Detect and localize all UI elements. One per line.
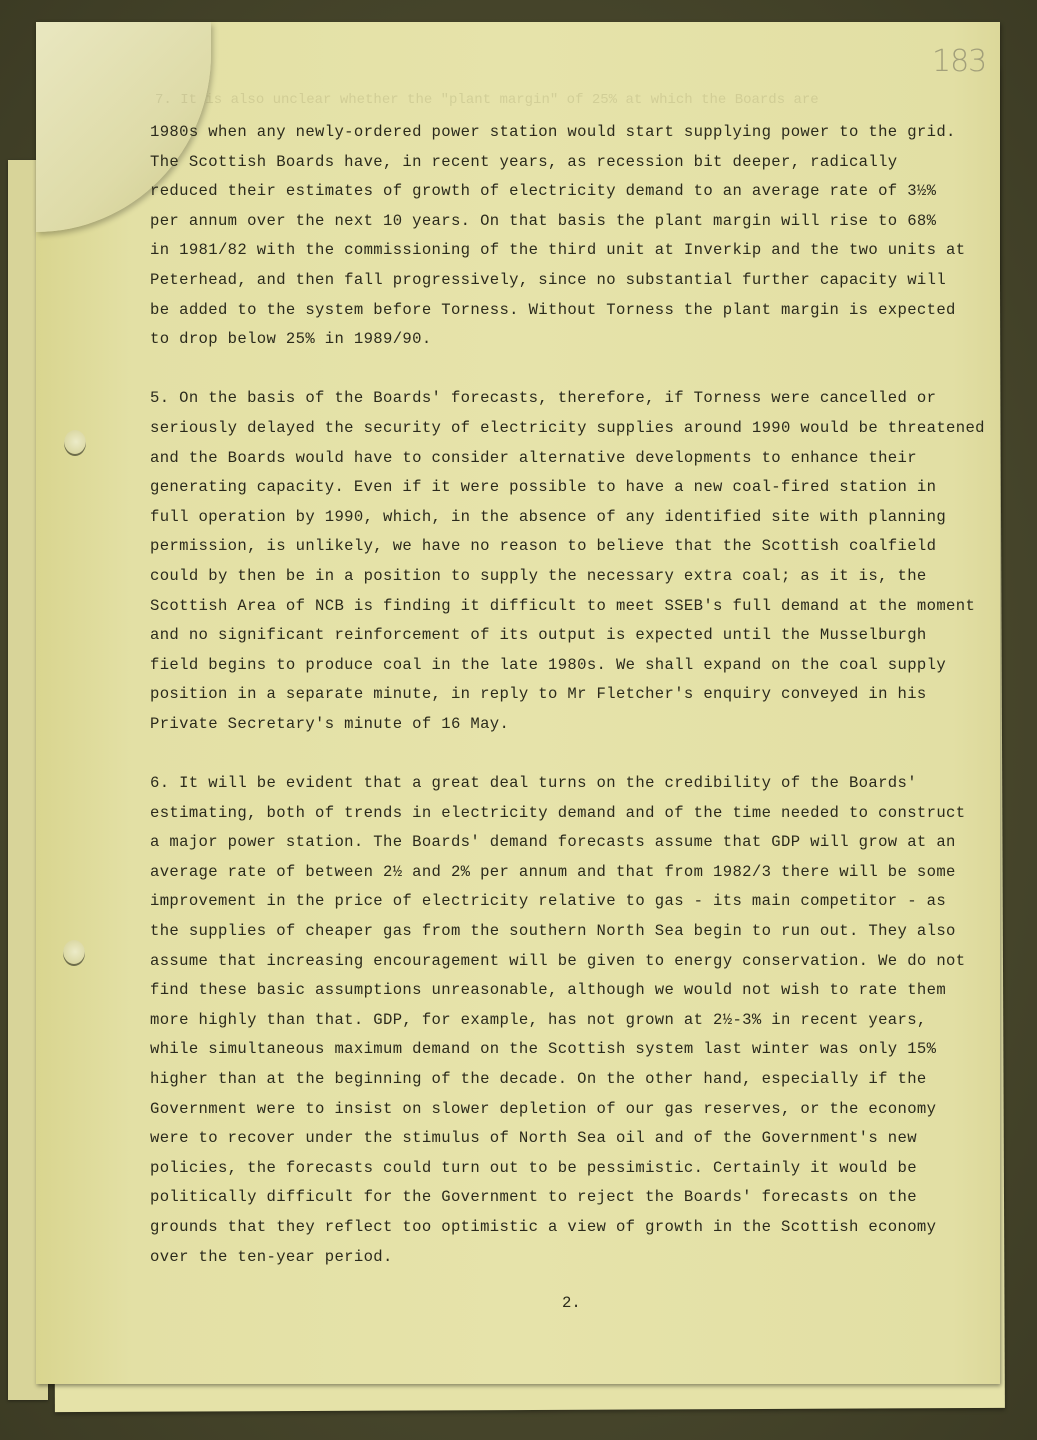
- text-line: per annum over the next 10 years. On tha…: [150, 207, 1000, 237]
- text-line: improvement in the price of electricity …: [150, 887, 1000, 917]
- text-line: and no significant reinforcement of its …: [150, 621, 1000, 651]
- text-line: higher than at the beginning of the deca…: [150, 1065, 1000, 1095]
- bleedthrough-text: 7. It is also unclear whether the "plant…: [155, 92, 955, 108]
- text-line: grounds that they reflect too optimistic…: [150, 1213, 1000, 1243]
- page-number: 2.: [562, 1294, 581, 1312]
- text-line: position in a separate minute, in reply …: [150, 680, 1000, 710]
- text-line: more highly than that. GDP, for example,…: [150, 1006, 1000, 1036]
- typed-body: 1980s when any newly-ordered power stati…: [150, 118, 1000, 1302]
- text-line: be added to the system before Torness. W…: [150, 296, 1000, 326]
- text-line: were to recover under the stimulus of No…: [150, 1124, 1000, 1154]
- text-line: 5. On the basis of the Boards' forecasts…: [150, 384, 1000, 414]
- text-line: and the Boards would have to consider al…: [150, 444, 1000, 474]
- text-line: estimating, both of trends in electricit…: [150, 799, 1000, 829]
- text-line: over the ten-year period.: [150, 1243, 1000, 1273]
- text-line: while simultaneous maximum demand on the…: [150, 1035, 1000, 1065]
- text-line: 1980s when any newly-ordered power stati…: [150, 118, 1000, 148]
- text-line: could by then be in a position to supply…: [150, 562, 1000, 592]
- text-line: find these basic assumptions unreasonabl…: [150, 976, 1000, 1006]
- punch-hole-top: [64, 430, 86, 456]
- handwritten-folio-number: 183: [932, 44, 986, 79]
- text-line: Government were to insist on slower depl…: [150, 1095, 1000, 1125]
- text-line: policies, the forecasts could turn out t…: [150, 1154, 1000, 1184]
- text-line: a major power station. The Boards' deman…: [150, 828, 1000, 858]
- text-line: Scottish Area of NCB is finding it diffi…: [150, 592, 1000, 622]
- paragraph-6: 6. It will be evident that a great deal …: [150, 769, 1000, 1272]
- text-line: generating capacity. Even if it were pos…: [150, 473, 1000, 503]
- text-line: assume that increasing encouragement wil…: [150, 947, 1000, 977]
- text-line: 6. It will be evident that a great deal …: [150, 769, 1000, 799]
- text-line: average rate of between 2½ and 2% per an…: [150, 858, 1000, 888]
- paragraph-5: 5. On the basis of the Boards' forecasts…: [150, 384, 1000, 739]
- text-line: the supplies of cheaper gas from the sou…: [150, 917, 1000, 947]
- text-line: reduced their estimates of growth of ele…: [150, 177, 1000, 207]
- text-line: field begins to produce coal in the late…: [150, 651, 1000, 681]
- text-line: Private Secretary's minute of 16 May.: [150, 710, 1000, 740]
- punch-hole-bottom: [63, 940, 85, 966]
- text-line: seriously delayed the security of electr…: [150, 414, 1000, 444]
- text-line: to drop below 25% in 1989/90.: [150, 325, 1000, 355]
- paragraph-continuation: 1980s when any newly-ordered power stati…: [150, 118, 1000, 355]
- text-line: permission, is unlikely, we have no reas…: [150, 532, 1000, 562]
- text-line: full operation by 1990, which, in the ab…: [150, 503, 1000, 533]
- text-line: Peterhead, and then fall progressively, …: [150, 266, 1000, 296]
- text-line: in 1981/82 with the commissioning of the…: [150, 236, 1000, 266]
- text-line: The Scottish Boards have, in recent year…: [150, 148, 1000, 178]
- text-line: politically difficult for the Government…: [150, 1183, 1000, 1213]
